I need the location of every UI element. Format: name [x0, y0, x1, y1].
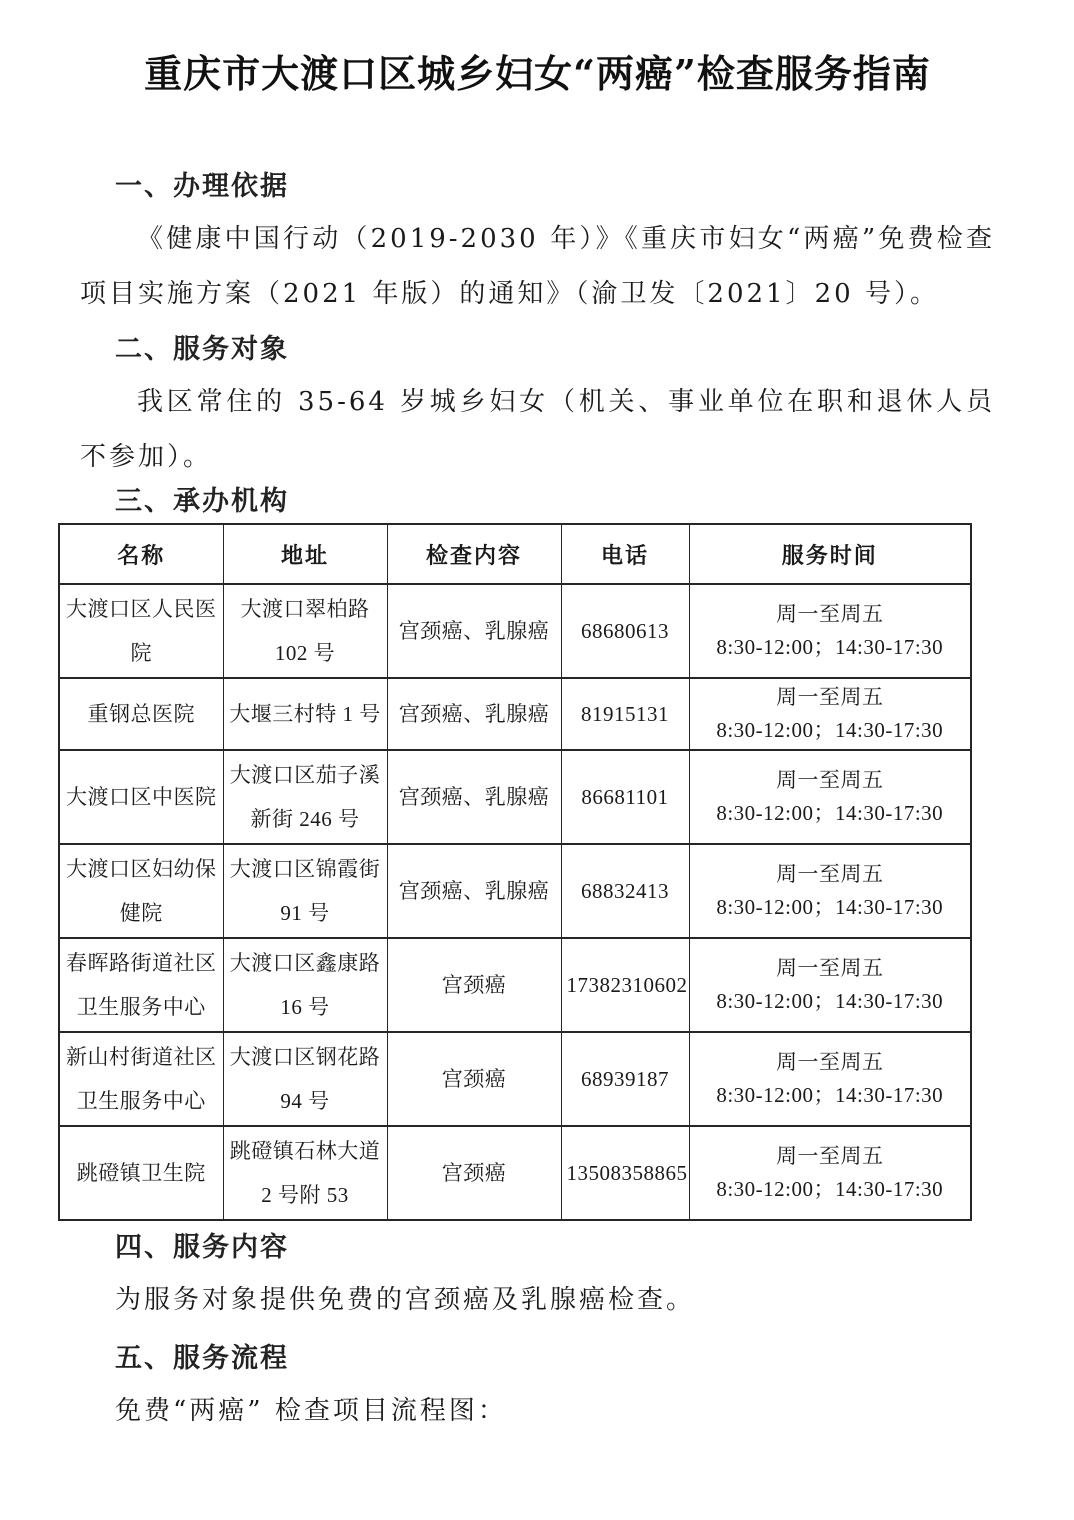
cell-exam: 宫颈癌: [387, 1126, 561, 1220]
schedule-days: 周一至周五: [695, 598, 966, 631]
cell-name: 大渡口区妇幼保健院: [59, 844, 223, 938]
cell-phone: 81915131: [561, 678, 689, 750]
cell-address: 大渡口区钢花路 94 号: [223, 1032, 387, 1126]
cell-address: 大渡口区鑫康路 16 号: [223, 938, 387, 1032]
section-heading-institutions: 三、承办机构: [115, 485, 995, 519]
cell-name: 大渡口区人民医院: [59, 584, 223, 678]
section-heading-process: 五、服务流程: [115, 1342, 995, 1376]
schedule-hours: 8:30-12:00；14:30-17:30: [695, 1079, 966, 1112]
cell-address: 大堰三村特 1 号: [223, 678, 387, 750]
schedule-days: 周一至周五: [695, 952, 966, 985]
page-title: 重庆市大渡口区城乡妇女“两癌”检查服务指南: [80, 48, 995, 100]
header-phone: 电话: [561, 524, 689, 584]
table-row: 重钢总医院大堰三村特 1 号宫颈癌、乳腺癌81915131周一至周五8:30-1…: [59, 678, 971, 750]
cell-schedule: 周一至周五8:30-12:00；14:30-17:30: [689, 1032, 971, 1126]
cell-address: 大渡口翠柏路 102 号: [223, 584, 387, 678]
cell-schedule: 周一至周五8:30-12:00；14:30-17:30: [689, 938, 971, 1032]
cell-name: 大渡口区中医院: [59, 750, 223, 844]
section-heading-basis: 一、办理依据: [115, 170, 995, 204]
table-row: 跳磴镇卫生院跳磴镇石林大道 2 号附 53宫颈癌13508358865周一至周五…: [59, 1126, 971, 1220]
cell-exam: 宫颈癌、乳腺癌: [387, 584, 561, 678]
document-page: 重庆市大渡口区城乡妇女“两癌”检查服务指南 一、办理依据 《健康中国行动（201…: [0, 0, 1074, 1520]
schedule-days: 周一至周五: [695, 764, 966, 797]
cell-name: 重钢总医院: [59, 678, 223, 750]
institutions-table-body: 大渡口区人民医院大渡口翠柏路 102 号宫颈癌、乳腺癌68680613周一至周五…: [59, 584, 971, 1220]
cell-schedule: 周一至周五8:30-12:00；14:30-17:30: [689, 844, 971, 938]
table-row: 大渡口区中医院大渡口区茄子溪新街 246 号宫颈癌、乳腺癌86681101周一至…: [59, 750, 971, 844]
section-body-targets: 我区常住的 35-64 岁城乡妇女（机关、事业单位在职和退休人员不参加）。: [80, 375, 995, 485]
table-row: 大渡口区妇幼保健院大渡口区锦霞街 91 号宫颈癌、乳腺癌68832413周一至周…: [59, 844, 971, 938]
section-body-process: 免费“两癌” 检查项目流程图：: [115, 1384, 995, 1439]
cell-exam: 宫颈癌、乳腺癌: [387, 678, 561, 750]
schedule-hours: 8:30-12:00；14:30-17:30: [695, 714, 966, 747]
section-body-basis: 《健康中国行动（2019-2030 年）》《重庆市妇女“两癌”免费检查项目实施方…: [80, 212, 995, 322]
cell-schedule: 周一至周五8:30-12:00；14:30-17:30: [689, 678, 971, 750]
institutions-table: 名称 地址 检查内容 电话 服务时间 大渡口区人民医院大渡口翠柏路 102 号宫…: [58, 523, 972, 1221]
cell-phone: 68939187: [561, 1032, 689, 1126]
cell-address: 大渡口区锦霞街 91 号: [223, 844, 387, 938]
schedule-days: 周一至周五: [695, 858, 966, 891]
section-heading-content: 四、服务内容: [115, 1231, 995, 1265]
cell-phone: 13508358865: [561, 1126, 689, 1220]
schedule-hours: 8:30-12:00；14:30-17:30: [695, 631, 966, 664]
table-header-row: 名称 地址 检查内容 电话 服务时间: [59, 524, 971, 584]
table-row: 大渡口区人民医院大渡口翠柏路 102 号宫颈癌、乳腺癌68680613周一至周五…: [59, 584, 971, 678]
cell-name: 春晖路街道社区卫生服务中心: [59, 938, 223, 1032]
cell-exam: 宫颈癌、乳腺癌: [387, 844, 561, 938]
cell-address: 跳磴镇石林大道 2 号附 53: [223, 1126, 387, 1220]
header-schedule: 服务时间: [689, 524, 971, 584]
cell-exam: 宫颈癌: [387, 938, 561, 1032]
cell-address: 大渡口区茄子溪新街 246 号: [223, 750, 387, 844]
cell-schedule: 周一至周五8:30-12:00；14:30-17:30: [689, 584, 971, 678]
schedule-days: 周一至周五: [695, 1046, 966, 1079]
table-row: 春晖路街道社区卫生服务中心大渡口区鑫康路 16 号宫颈癌17382310602周…: [59, 938, 971, 1032]
schedule-days: 周一至周五: [695, 1140, 966, 1173]
cell-exam: 宫颈癌: [387, 1032, 561, 1126]
table-row: 新山村街道社区卫生服务中心大渡口区钢花路 94 号宫颈癌68939187周一至周…: [59, 1032, 971, 1126]
schedule-hours: 8:30-12:00；14:30-17:30: [695, 985, 966, 1018]
cell-phone: 17382310602: [561, 938, 689, 1032]
section-heading-targets: 二、服务对象: [115, 333, 995, 367]
header-name: 名称: [59, 524, 223, 584]
section-body-content: 为服务对象提供免费的宫颈癌及乳腺癌检查。: [115, 1273, 995, 1328]
schedule-hours: 8:30-12:00；14:30-17:30: [695, 797, 966, 830]
cell-phone: 68832413: [561, 844, 689, 938]
schedule-hours: 8:30-12:00；14:30-17:30: [695, 891, 966, 924]
cell-phone: 68680613: [561, 584, 689, 678]
cell-schedule: 周一至周五8:30-12:00；14:30-17:30: [689, 750, 971, 844]
cell-schedule: 周一至周五8:30-12:00；14:30-17:30: [689, 1126, 971, 1220]
header-address: 地址: [223, 524, 387, 584]
cell-name: 跳磴镇卫生院: [59, 1126, 223, 1220]
cell-exam: 宫颈癌、乳腺癌: [387, 750, 561, 844]
cell-name: 新山村街道社区卫生服务中心: [59, 1032, 223, 1126]
header-exam: 检查内容: [387, 524, 561, 584]
cell-phone: 86681101: [561, 750, 689, 844]
schedule-hours: 8:30-12:00；14:30-17:30: [695, 1173, 966, 1206]
schedule-days: 周一至周五: [695, 681, 966, 714]
